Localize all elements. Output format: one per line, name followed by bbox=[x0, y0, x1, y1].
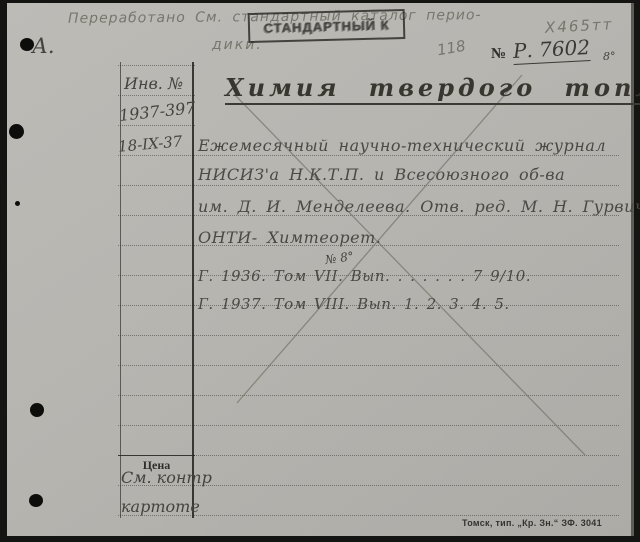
holdings-1937: Г. 1937. Том VIII. Вып. 1. 2. 3. 4. 5. bbox=[198, 295, 510, 313]
description-line: НИСИЗ'а Н.К.Т.П. и Всесоюзного об-ва bbox=[198, 165, 565, 184]
price-note-line1: См. контр bbox=[121, 468, 212, 487]
punch-hole bbox=[29, 494, 43, 507]
holdings-1936: Г. 1936. Том VII. Вып. . . . . . . 7 9/1… bbox=[198, 267, 531, 285]
description-line: им. Д. И. Менделеева. Отв. ред. М. Н. Гу… bbox=[198, 197, 640, 216]
inventory-label: Инв. № bbox=[124, 74, 183, 93]
library-stamp: СТАНДАРТНЫЙ К bbox=[248, 9, 406, 43]
accession-format: 8° bbox=[603, 50, 616, 63]
class-mark: Х465тт bbox=[545, 15, 614, 37]
price-note-line2: картоте bbox=[121, 497, 200, 516]
punch-hole bbox=[30, 403, 44, 417]
punch-hole bbox=[9, 124, 24, 139]
letter-mark: А. bbox=[32, 34, 55, 58]
catalog-card: Переработано См. стандартный каталог пер… bbox=[7, 3, 634, 536]
small-ink-mark bbox=[15, 201, 20, 206]
description-line: Ежемесячный научно-технический журнал bbox=[198, 136, 606, 155]
accession-no-label: № bbox=[491, 46, 506, 63]
punch-hole bbox=[20, 38, 34, 51]
scan-background: Переработано См. стандартный каталог пер… bbox=[0, 0, 640, 542]
description-line: ОНТИ- Химтеорет. bbox=[198, 228, 381, 247]
card-title: Химия твердого топлива. bbox=[225, 73, 640, 105]
stamp-text: СТАНДАРТНЫЙ К bbox=[263, 17, 389, 35]
accession-number: Р. 7602 bbox=[512, 35, 590, 65]
